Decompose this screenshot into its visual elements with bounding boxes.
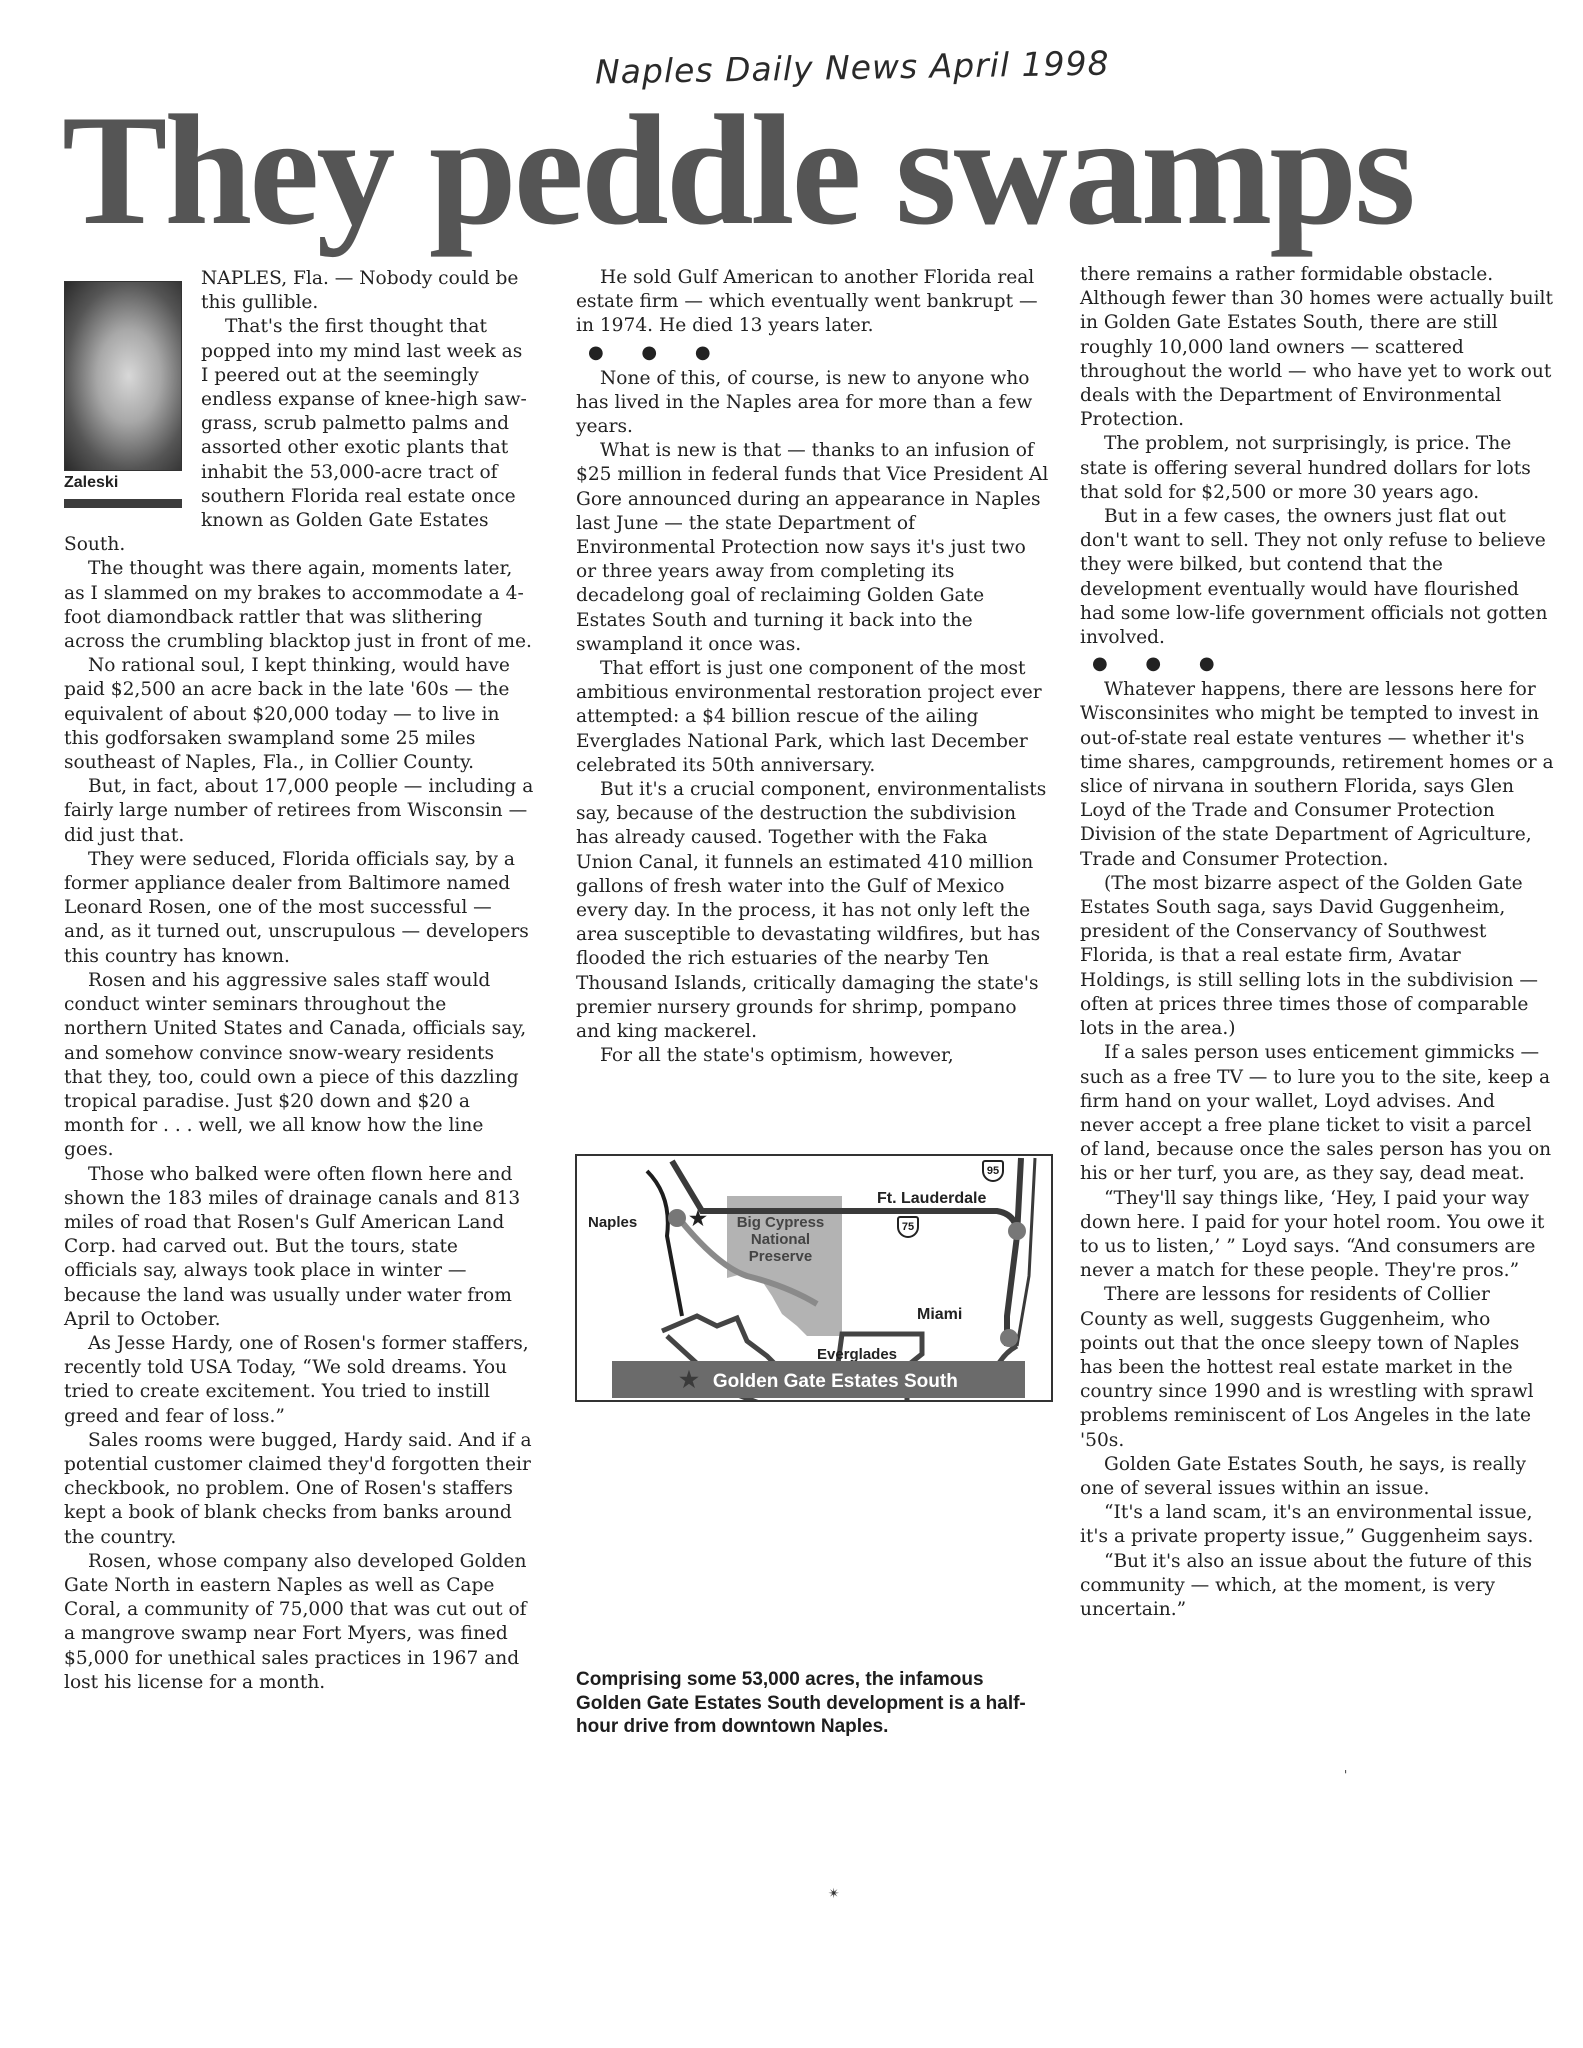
article-column-1: Zaleski NAPLES, Fla. — Nobody could be t… [64, 267, 534, 1695]
paragraph: The thought was there again, moments lat… [64, 557, 534, 654]
columnist-mugshot: Zaleski [64, 281, 189, 508]
interstate-95-shield-icon: 95 [982, 1160, 1004, 1182]
paragraph: What is new is that — thanks to an infus… [576, 439, 1050, 657]
map-legend-label: Golden Gate Estates South [713, 1371, 958, 1392]
paragraph: But it's a crucial component, environmen… [576, 778, 1050, 1044]
columnist-name: Zaleski [64, 473, 189, 493]
paragraph: That effort is just one component of the… [576, 657, 1050, 778]
paragraph: there remains a rather formidable obstac… [1080, 263, 1554, 432]
paragraph: None of this, of course, is new to anyon… [576, 367, 1050, 440]
interstate-75-shield-icon: 75 [897, 1216, 919, 1238]
stray-mark: ' [1344, 1768, 1347, 1782]
page-end-mark-icon: ✴ [828, 1886, 840, 1902]
paragraph: They were seduced, Florida officials say… [64, 848, 534, 969]
article-column-3: there remains a rather formidable obstac… [1080, 263, 1554, 1622]
map-caption: Comprising some 53,000 acres, the infamo… [576, 1668, 1046, 1739]
map-label-miami: Miami [917, 1306, 962, 1323]
paragraph: Sales rooms were bugged, Hardy said. And… [64, 1429, 534, 1550]
paragraph: “But it's also an issue about the future… [1080, 1550, 1554, 1623]
paragraph: (The most bizarre aspect of the Golden G… [1080, 872, 1554, 1041]
paragraph: “They'll say things like, ‘Hey, I paid y… [1080, 1187, 1554, 1284]
map-label-big-cypress: Big Cypress National Preserve [733, 1214, 828, 1265]
paragraph: But in a few cases, the owners just flat… [1080, 505, 1554, 650]
paragraph: Those who balked were often flown here a… [64, 1163, 534, 1332]
portrait-photo-icon [64, 281, 182, 471]
paragraph: Whatever happens, there are lessons here… [1080, 678, 1554, 872]
map-legend: ★Golden Gate Estates South [612, 1361, 1025, 1398]
paragraph: “It's a land scam, it's an environmental… [1080, 1501, 1554, 1549]
map-graphic: Naples ★ Big Cypress National Preserve F… [575, 1154, 1053, 1402]
paragraph: Golden Gate Estates South, he says, is r… [1080, 1453, 1554, 1501]
paragraph: For all the state's optimism, however, [576, 1044, 1050, 1068]
paragraph: No rational soul, I kept thinking, would… [64, 654, 534, 775]
star-icon: ★ [679, 1367, 699, 1392]
divider [64, 499, 182, 508]
paragraph: But, in fact, about 17,000 people — incl… [64, 775, 534, 848]
map-label-ft-lauderdale: Ft. Lauderdale [877, 1190, 986, 1207]
map-label-naples: Naples [588, 1214, 637, 1231]
section-separator: ● ● ● [1080, 650, 1554, 678]
paragraph: As Jesse Hardy, one of Rosen's former st… [64, 1332, 534, 1429]
star-icon: ★ [689, 1211, 707, 1228]
article-column-2: He sold Gulf American to another Florida… [576, 266, 1050, 1069]
section-separator: ● ● ● [576, 339, 1050, 367]
headline: They peddle swamps [62, 96, 1532, 246]
paragraph: The problem, not surprisingly, is price.… [1080, 432, 1554, 505]
paragraph: He sold Gulf American to another Florida… [576, 266, 1050, 339]
paragraph: There are lessons for residents of Colli… [1080, 1283, 1554, 1452]
paragraph: Rosen and his aggressive sales staff wou… [64, 969, 534, 1163]
paragraph: If a sales person uses enticement gimmic… [1080, 1041, 1554, 1186]
paragraph: Rosen, whose company also developed Gold… [64, 1550, 534, 1695]
